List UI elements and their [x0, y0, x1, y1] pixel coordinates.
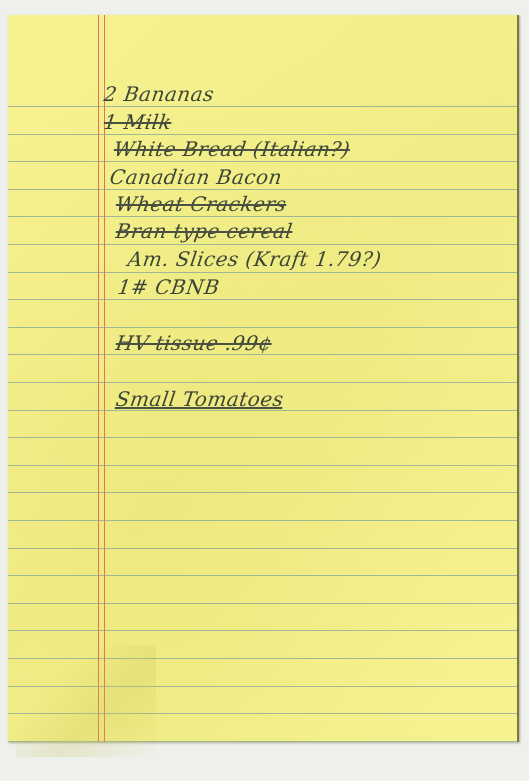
list-item-canadian-bacon: Canadian Bacon [108, 165, 284, 189]
ruled-line [8, 134, 517, 135]
list-item-bananas: 2 Bananas [102, 82, 215, 106]
ruled-line [8, 189, 517, 190]
ruled-line [8, 244, 517, 245]
ruled-line [8, 713, 517, 714]
list-item-american-slices: Am. Slices (Kraft 1.79?) [126, 247, 383, 271]
ruled-line [8, 630, 517, 631]
ruled-line [8, 327, 517, 328]
ruled-line [8, 437, 517, 438]
list-item-white-bread: White Bread (Italian?) [112, 137, 351, 161]
legal-pad-sheet: 2 Bananas 1 Milk White Bread (Italian?) … [8, 15, 519, 742]
ruled-line [8, 161, 517, 162]
margin-line-left [98, 15, 99, 742]
ruled-line [8, 272, 517, 273]
list-item-cbnb: 1# CBNB [116, 275, 221, 299]
ruled-line [8, 603, 517, 604]
list-item-milk: 1 Milk [102, 110, 173, 134]
ruled-line [8, 520, 517, 521]
ruled-line [8, 548, 517, 549]
ruled-line [8, 658, 517, 659]
ruled-line [8, 216, 517, 217]
ruled-line [8, 741, 517, 742]
list-item-wheat-crackers: Wheat Crackers [114, 192, 288, 216]
ruled-line [8, 106, 517, 107]
list-item-small-tomatoes: Small Tomatoes [114, 387, 285, 411]
ruled-line [8, 575, 517, 576]
list-item-bran-cereal: Bran type cereal [114, 219, 294, 243]
ruled-line [8, 299, 517, 300]
ruled-line [8, 465, 517, 466]
ruled-line [8, 492, 517, 493]
ruled-line [8, 686, 517, 687]
list-item-tissue: HV tissue .99¢ [114, 331, 273, 355]
ruled-line [8, 382, 517, 383]
